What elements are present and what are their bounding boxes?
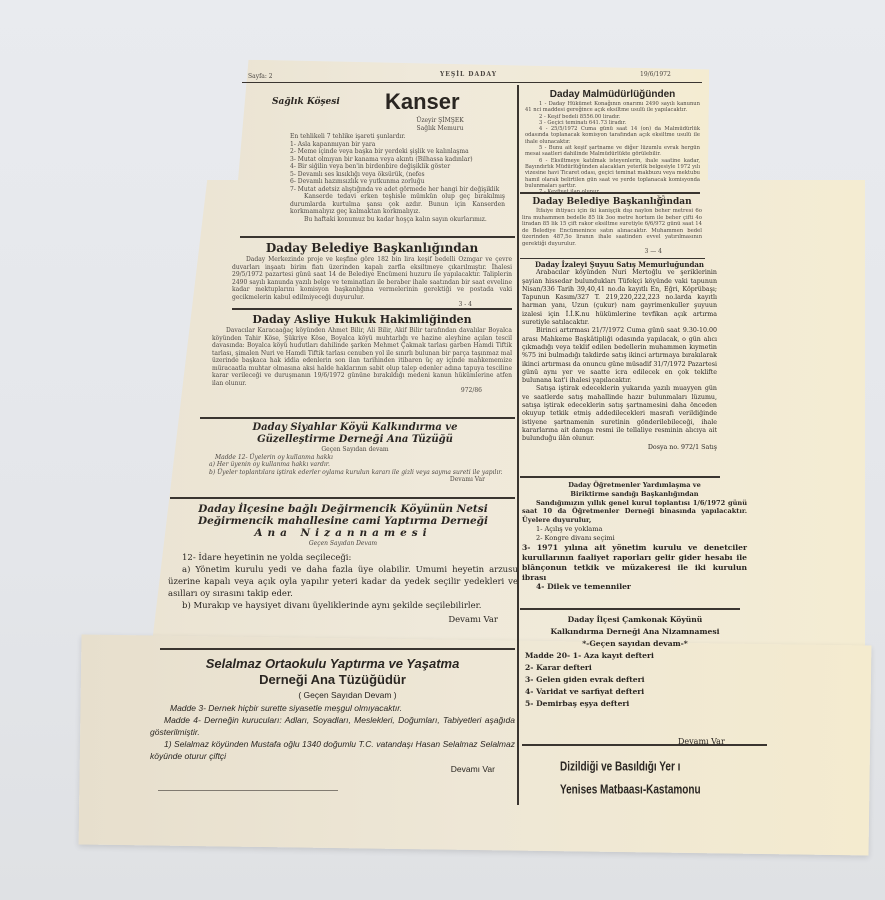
selalmaz-statute: Selalmaz Ortaokulu Yaptırma ve Yaşatma D…: [150, 656, 515, 776]
health-corner-label: Sağlık Köşesi: [272, 97, 340, 107]
court-notice: Daday Asliye Hukuk Hakimliğinden Davacıl…: [212, 313, 512, 395]
degirmencik-statute: Daday İlçesine bağlı Değirmencik Köyünün…: [168, 503, 518, 625]
kanser-body: En tehlikeli 7 tehlike işareti şunlardır…: [290, 133, 505, 223]
kanser-author: Üzeyir ŞİMŞEK Sağlık Memuru: [380, 117, 500, 132]
camkonak-statute: Daday İlçesi Çamkonak Köyünü Kalkındırma…: [525, 614, 745, 710]
newspaper-photo: Sayfa: 2 YEŞİL DADAY 19/6/1972 Sağlık Kö…: [0, 0, 885, 900]
issue-date: 19/6/1972: [640, 71, 671, 79]
siyahlar-statute: Daday Siyahlar Köyü Kalkındırma ve Güzel…: [195, 422, 515, 484]
malmudur-notice: Daday Malmüdürlüğünden 1 - Daday Hükümet…: [525, 88, 700, 202]
page-label: Sayfa: 2: [248, 73, 273, 81]
paper-name: YEŞİL DADAY: [440, 71, 497, 79]
belediye-notice-1: Daday Belediye Başkanlığından Daday Merk…: [232, 241, 512, 309]
kanser-title: Kanser: [385, 90, 460, 114]
izale-notice: Daday İzaleyi Şuyuu Satış Memurluğundan …: [522, 261, 717, 452]
printer-imprint: Dizildiği ve Basıldığı Yer ı Yenises Mat…: [560, 756, 760, 803]
column-divider: [517, 85, 519, 805]
teachers-fund-notice: Daday Öğretmenler Yardımlaşma ve Birikti…: [522, 481, 747, 591]
camkonak-continued: Devamı Var: [678, 737, 725, 747]
belediye-notice-2: Daday Belediye Başkanlığından İtfaiye ih…: [522, 196, 702, 255]
